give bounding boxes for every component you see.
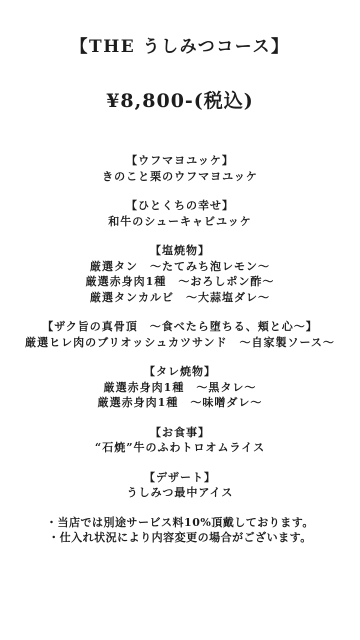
menu-item: 厳選赤身肉1種 〜味噌ダレ〜 [0, 395, 360, 411]
section-heading: 【デザート】 [0, 470, 360, 486]
section-heading: 【ザク旨の真骨頂 〜食べたら堕ちる、頬と心〜】 [0, 319, 360, 335]
menu-section-dessert: 【デザート】 うしみつ最中アイス [0, 470, 360, 501]
menu-item: “石焼”牛のふわトロオムライス [0, 440, 360, 456]
menu-page: 【THE うしみつコース】 ¥8,800-(税込) 【ウフマヨユッケ】 きのこと… [0, 0, 360, 640]
menu-item: 厳選ヒレ肉のブリオッシュカツサンド 〜自家製ソース〜 [0, 335, 360, 351]
section-heading: 【タレ焼物】 [0, 364, 360, 380]
course-price: ¥8,800-(税込) [0, 89, 360, 113]
menu-section-katsusand: 【ザク旨の真骨頂 〜食べたら堕ちる、頬と心〜】 厳選ヒレ肉のブリオッシュカツサン… [0, 319, 360, 350]
footer-notes: ・当店では別途サービス料10%頂戴しております。 ・仕入れ状況により内容変更の場… [0, 515, 360, 546]
section-heading: 【塩焼物】 [0, 243, 360, 259]
menu-section-ufumayo: 【ウフマヨユッケ】 きのこと栗のウフマヨユッケ [0, 153, 360, 184]
menu-item: 厳選タンカルビ 〜大蒜塩ダレ〜 [0, 290, 360, 306]
menu-section-tareyaki: 【タレ焼物】 厳選赤身肉1種 〜黒タレ〜 厳選赤身肉1種 〜味噌ダレ〜 [0, 364, 360, 411]
section-heading: 【ひとくちの幸せ】 [0, 198, 360, 214]
note-line: ・当店では別途サービス料10%頂戴しております。 [0, 515, 360, 531]
section-heading: 【ウフマヨユッケ】 [0, 153, 360, 169]
menu-item: 厳選赤身肉1種 〜おろしポン酢〜 [0, 274, 360, 290]
menu-item: うしみつ最中アイス [0, 485, 360, 501]
note-line: ・仕入れ状況により内容変更の場合がございます。 [0, 530, 360, 546]
section-heading: 【お食事】 [0, 425, 360, 441]
menu-item: 厳選タン 〜たてみち泡レモン〜 [0, 259, 360, 275]
menu-sections: 【ウフマヨユッケ】 きのこと栗のウフマヨユッケ 【ひとくちの幸せ】 和牛のシュー… [0, 153, 360, 501]
menu-item: きのこと栗のウフマヨユッケ [0, 169, 360, 185]
menu-item: 厳選赤身肉1種 〜黒タレ〜 [0, 380, 360, 396]
menu-section-oshokuji: 【お食事】 “石焼”牛のふわトロオムライス [0, 425, 360, 456]
menu-section-shioyaki: 【塩焼物】 厳選タン 〜たてみち泡レモン〜 厳選赤身肉1種 〜おろしポン酢〜 厳… [0, 243, 360, 305]
course-title: 【THE うしみつコース】 [0, 0, 360, 58]
menu-section-hitokuchi: 【ひとくちの幸せ】 和牛のシューキャビユッケ [0, 198, 360, 229]
menu-item: 和牛のシューキャビユッケ [0, 214, 360, 230]
